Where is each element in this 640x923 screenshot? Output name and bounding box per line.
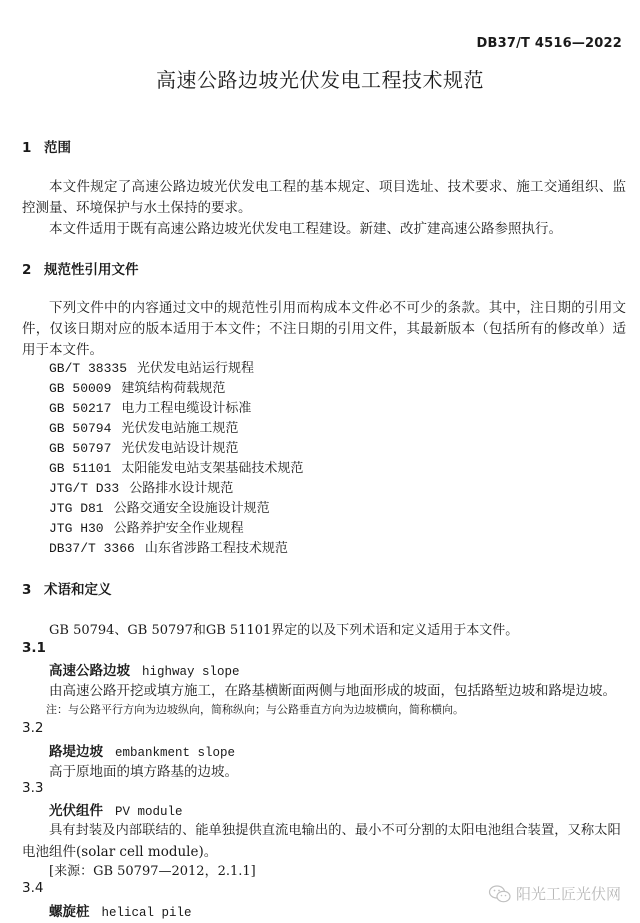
section-title: 规范性引用文件 [44,262,139,278]
section-1-paragraph-2: 本文件适用于既有高速公路边坡光伏发电工程建设。新建、改扩建高速公路参照执行。 [22,219,626,240]
reference-item: GB 50794光伏发电站施工规范 [49,417,238,436]
term-note: 注：与公路平行方向为边坡纵向，简称纵向；与公路垂直方向为边坡横向，简称横向。 [46,701,464,717]
term-definition-line-1: 具有封装及内部联结的、能单独提供直流电输出的、最小不可分割的太阳电池组合装置，又… [49,819,621,838]
section-number: 1 [22,140,44,156]
reference-item: GB 50009建筑结构荷载规范 [49,377,225,396]
reference-item: JTG/T D33公路排水设计规范 [49,477,233,496]
term-name-en: highway slope [142,665,240,679]
term-name-zh: 路堤边坡 [49,744,103,760]
term-source: [来源：GB 50797—2012，2.1.1] [49,860,256,879]
reference-item: GB/T 38335光伏发电站运行规程 [49,357,254,376]
term-number: 3.3 [22,780,43,796]
term-name-en: embankment slope [115,746,235,760]
watermark: 阳光工匠光伏网 [488,883,621,904]
term-name: 高速公路边坡highway slope [49,659,240,679]
section-number: 3 [22,582,44,598]
section-1-paragraph-1: 本文件规定了高速公路边坡光伏发电工程的基本规定、项目选址、技术要求、施工交通组织… [22,177,626,219]
term-name: 螺旋桩helical pile [49,900,192,920]
term-name-zh: 螺旋桩 [49,904,90,920]
reference-item: JTG D81公路交通安全设施设计规范 [49,497,270,516]
standard-code: DB37/T 4516—2022 [477,36,623,51]
reference-item: GB 50797光伏发电站设计规范 [49,437,238,456]
term-name-en: helical pile [102,906,192,920]
section-3-intro: GB 50794、GB 50797和GB 51101界定的以及下列术语和定义适用… [49,619,518,638]
section-1-heading: 1范围 [22,136,71,156]
wechat-icon [488,884,512,904]
term-name-en: PV module [115,805,183,819]
reference-item: GB 50217电力工程电缆设计标准 [49,397,251,416]
section-number: 2 [22,262,44,278]
term-name: 光伏组件PV module [49,799,183,819]
reference-item: JTG H30公路养护安全作业规程 [49,517,244,536]
term-number: 3.4 [22,880,43,896]
watermark-text: 阳光工匠光伏网 [516,883,621,904]
section-title: 术语和定义 [44,582,112,598]
term-definition-line-2: 电池组件(solar cell module)。 [22,840,217,860]
section-title: 范围 [44,140,71,156]
term-number: 3.2 [22,720,43,736]
section-2-paragraph: 下列文件中的内容通过文中的规范性引用而构成本文件必不可少的条款。其中，注日期的引… [22,298,626,361]
reference-item: GB 51101太阳能发电站支架基础技术规范 [49,457,303,476]
reference-item: DB37/T 3366山东省涉路工程技术规范 [49,537,288,556]
term-name: 路堤边坡embankment slope [49,740,235,760]
term-name-zh: 光伏组件 [49,803,103,819]
term-name-zh: 高速公路边坡 [49,663,130,679]
term-number: 3.1 [22,640,46,656]
term-definition: 由高速公路开挖或填方施工，在路基横断面两侧与地面形成的坡面，包括路堑边坡和路堤边… [49,679,616,699]
section-2-heading: 2规范性引用文件 [22,258,139,278]
section-3-heading: 3术语和定义 [22,578,112,598]
term-definition: 高于原地面的填方路基的边坡。 [49,760,238,780]
document-title: 高速公路边坡光伏发电工程技术规范 [0,64,640,93]
